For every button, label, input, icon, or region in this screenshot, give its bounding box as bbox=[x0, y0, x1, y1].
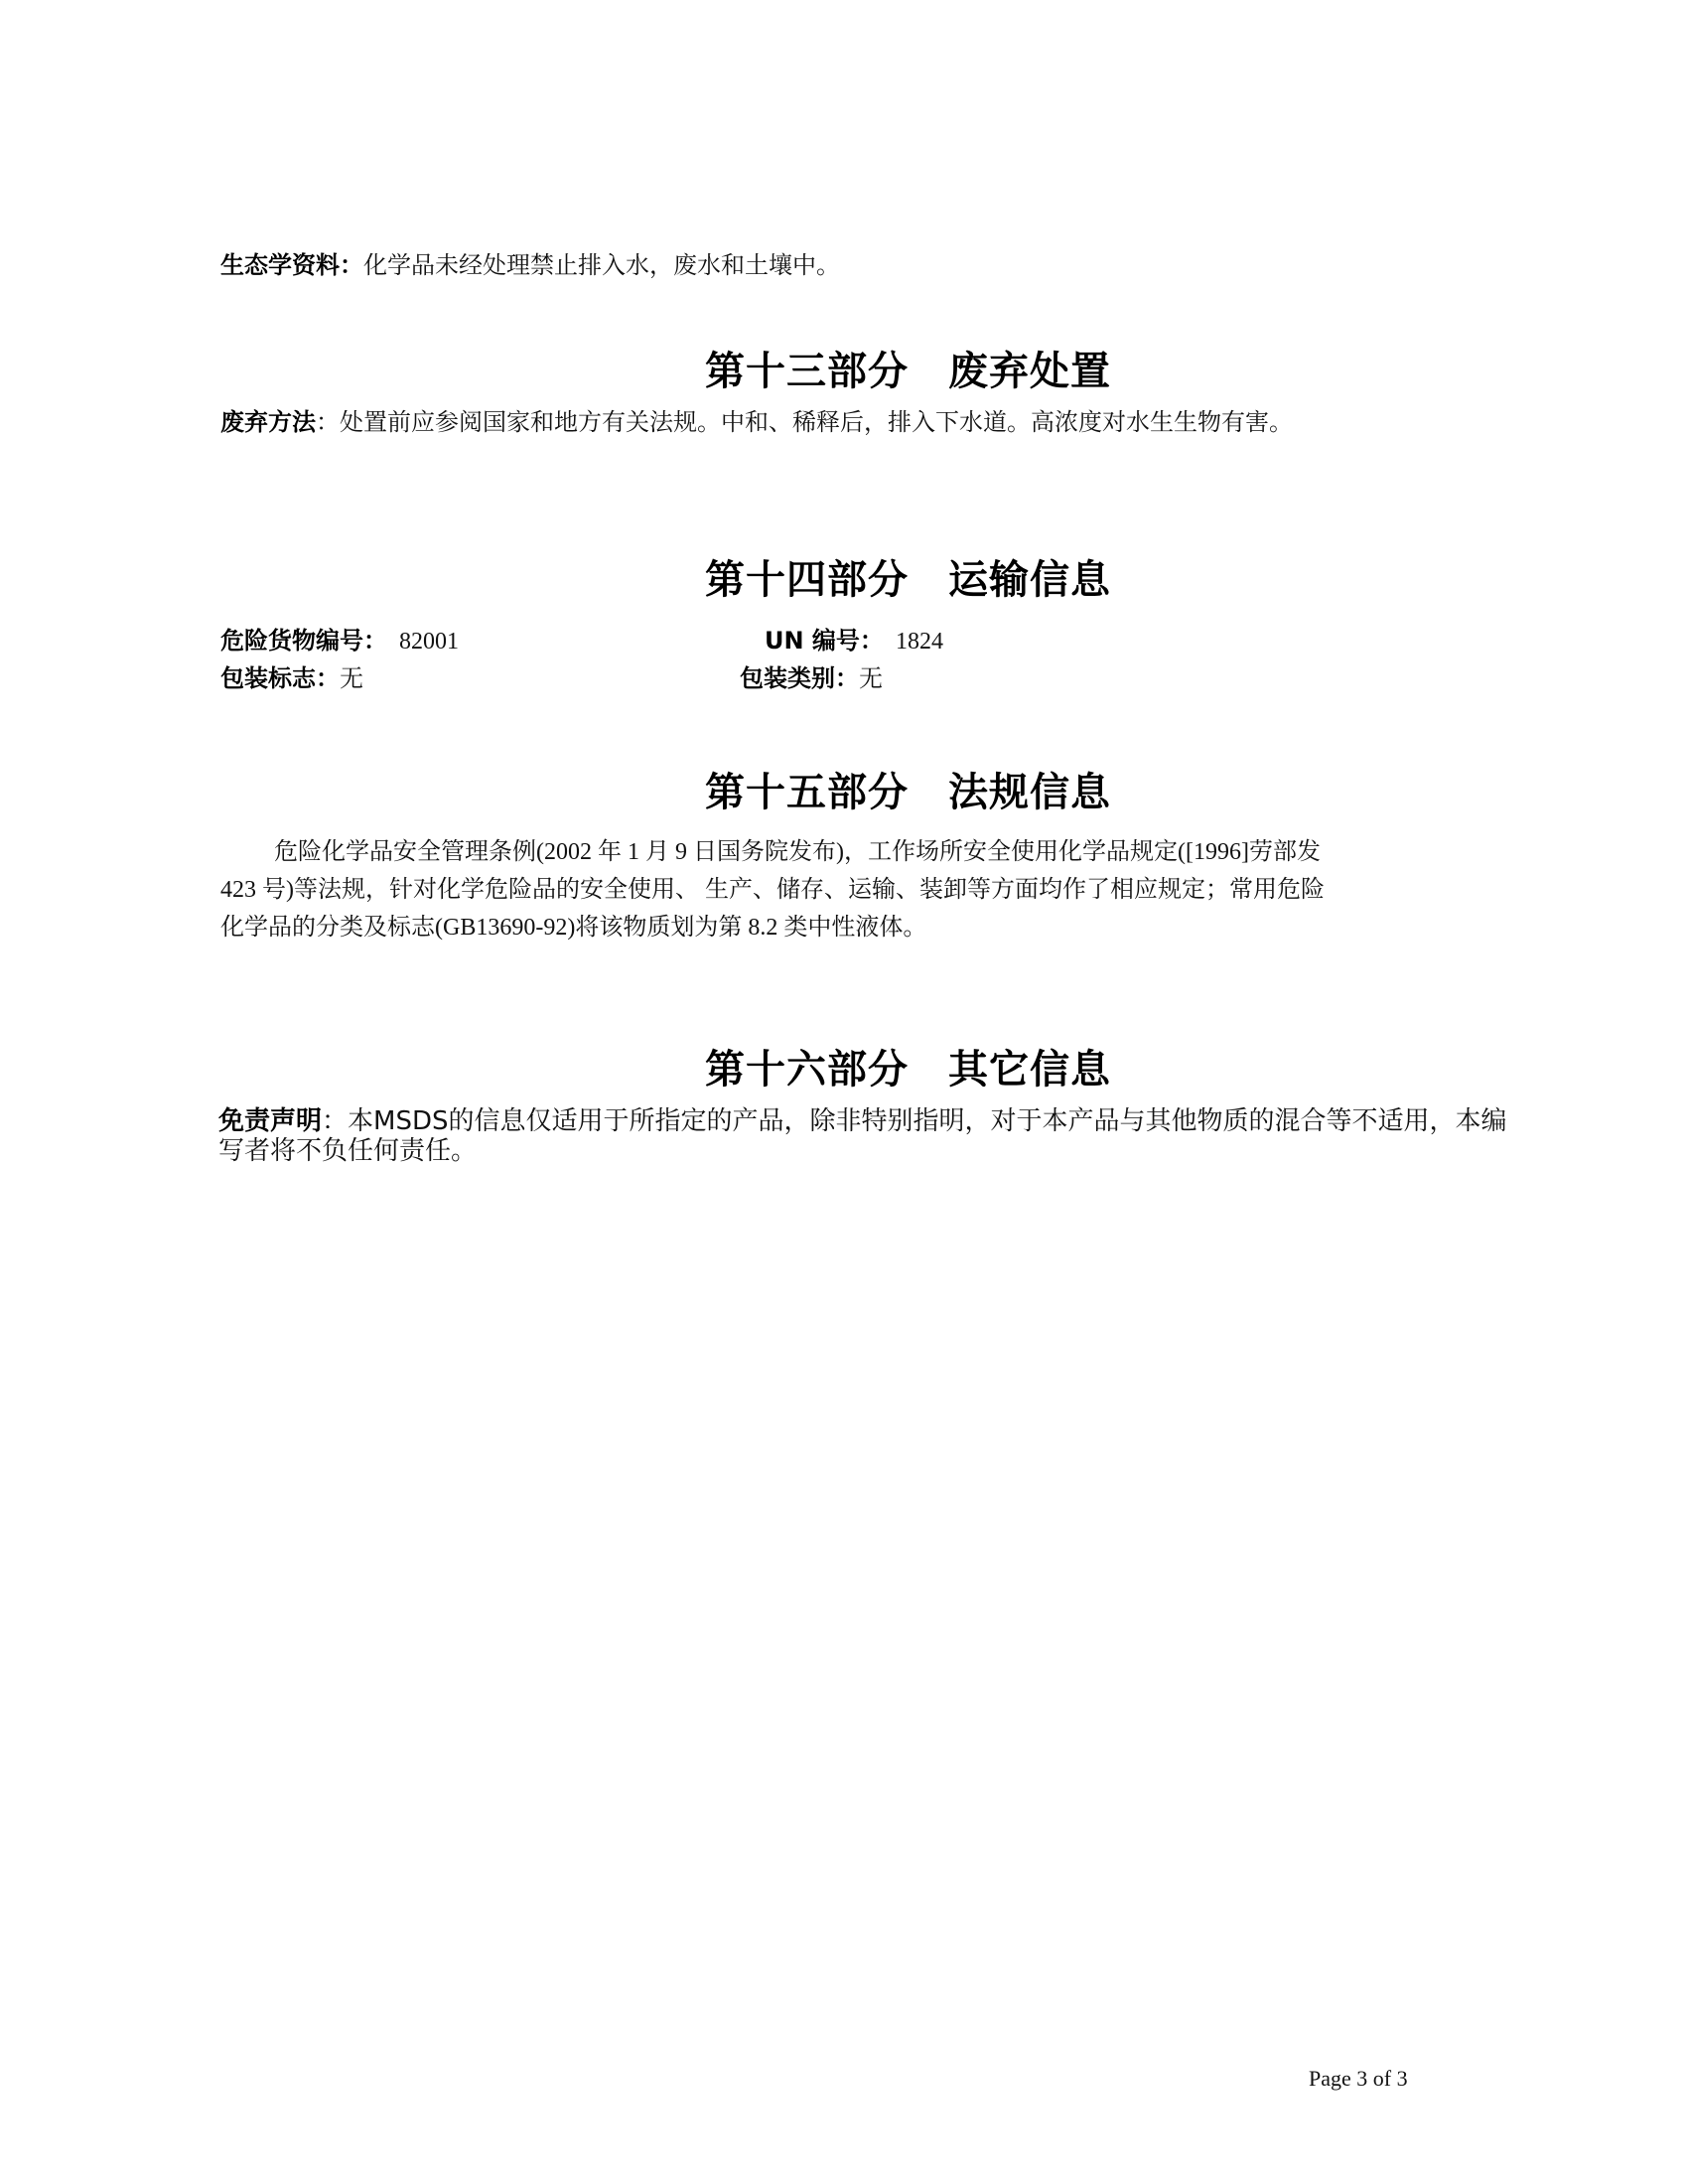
disposal-method-colon: ： bbox=[316, 410, 340, 436]
ecology-info: 生态学资料：化学品未经处理禁止排入水，废水和土壤中。 bbox=[220, 250, 840, 281]
section-16-heading: 第十六部分其它信息 bbox=[705, 1038, 1111, 1094]
packaging-category-label: 包装类别： bbox=[740, 664, 859, 692]
packaging-mark-value: 无 bbox=[340, 666, 363, 692]
packaging-mark: 包装标志：无 bbox=[220, 663, 363, 694]
disposal-method-label: 废弃方法 bbox=[220, 408, 316, 436]
disclaimer-label: 免责声明 bbox=[218, 1106, 322, 1136]
packaging-category: 包装类别：无 bbox=[740, 663, 883, 694]
section-14-heading: 第十四部分运输信息 bbox=[705, 548, 1111, 605]
disposal-method: 废弃方法：处置前应参阅国家和地方有关法规。中和、稀释后，排入下水道。高浓度对水生… bbox=[220, 407, 1293, 438]
regulation-line-1: 危险化学品安全管理条例(2002 年 1 月 9 日国务院发布)，工作场所安全使… bbox=[274, 837, 1321, 867]
dangerous-goods-number-value: 82001 bbox=[399, 629, 459, 655]
regulation-line-3: 化学品的分类及标志(GB13690-92)将该物质划为第 8.2 类中性液体。 bbox=[220, 913, 926, 943]
packaging-mark-label: 包装标志： bbox=[220, 664, 340, 692]
disposal-method-value: 处置前应参阅国家和地方有关法规。中和、稀释后，排入下水道。高浓度对水生生物有害。 bbox=[340, 410, 1293, 436]
disclaimer-colon: ： bbox=[322, 1106, 348, 1136]
page-number: Page 3 of 3 bbox=[1309, 2066, 1408, 2092]
un-number-value: 1824 bbox=[896, 629, 943, 655]
ecology-text: 化学品未经处理禁止排入水，废水和土壤中。 bbox=[363, 253, 840, 279]
document-page: 生态学资料：化学品未经处理禁止排入水，废水和土壤中。 第十三部分废弃处置 废弃方… bbox=[0, 0, 1687, 2184]
section-15-heading: 第十五部分法规信息 bbox=[705, 761, 1111, 817]
section-15-number: 第十五部分 bbox=[705, 770, 909, 815]
dangerous-goods-number-label: 危险货物编号： bbox=[220, 627, 387, 655]
disclaimer: 免责声明：本MSDS的信息仅适用于所指定的产品，除非特别指明，对于本产品与其他物… bbox=[218, 1106, 1509, 1166]
section-16-title: 其它信息 bbox=[948, 1047, 1111, 1092]
section-14-title: 运输信息 bbox=[948, 557, 1111, 603]
un-number-label: UN 编号： bbox=[765, 627, 884, 655]
dangerous-goods-number: 危险货物编号： 82001 bbox=[220, 626, 459, 656]
un-number: UN 编号： 1824 bbox=[765, 626, 943, 656]
section-16-number: 第十六部分 bbox=[705, 1047, 909, 1092]
section-14-number: 第十四部分 bbox=[705, 557, 909, 603]
section-13-heading: 第十三部分废弃处置 bbox=[705, 340, 1111, 396]
section-13-number: 第十三部分 bbox=[705, 349, 909, 394]
section-15-title: 法规信息 bbox=[948, 770, 1111, 815]
regulation-line-2: 423 号)等法规，针对化学危险品的安全使用、 生产、储存、运输、装卸等方面均作… bbox=[220, 875, 1325, 905]
ecology-label: 生态学资料： bbox=[220, 251, 363, 279]
disclaimer-text: 本MSDS的信息仅适用于所指定的产品，除非特别指明，对于本产品与其他物质的混合等… bbox=[218, 1106, 1507, 1166]
packaging-category-value: 无 bbox=[859, 666, 883, 692]
section-13-title: 废弃处置 bbox=[948, 349, 1111, 394]
